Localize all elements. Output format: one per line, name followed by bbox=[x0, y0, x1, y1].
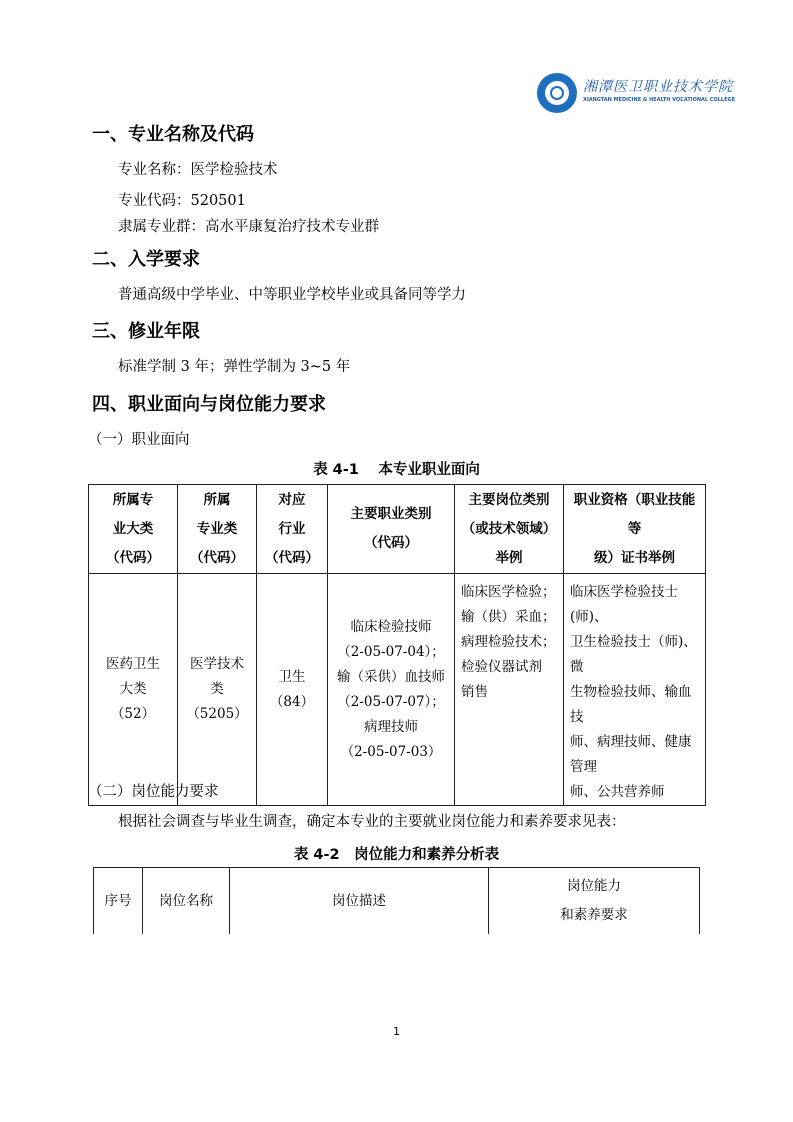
subsection-ability: （二）岗位能力要求 bbox=[88, 780, 219, 801]
header-cell: 序号 bbox=[94, 868, 143, 935]
header-cell: 所属专业大类（代码） bbox=[89, 485, 178, 574]
ability-intro: 根据社会调查与毕业生调查，确定本专业的主要就业岗位能力和素养要求见表： bbox=[118, 810, 626, 831]
college-logo: 湘潭医卫职业技术学院 XIANGTAN MEDICINE & HEALTH VO… bbox=[537, 70, 727, 120]
header-cell: 所属专业类（代码） bbox=[178, 485, 257, 574]
header-cell: 岗位描述 bbox=[230, 868, 489, 935]
ability-table: 序号 岗位名称 岗位描述 岗位能力和素养要求 bbox=[93, 867, 700, 934]
table-row: 医药卫生大类（52） 医学技术类（5205） 卫生（84） 临床检验技师（2-0… bbox=[89, 574, 706, 806]
logo-chinese-name: 湘潭医卫职业技术学院 bbox=[583, 76, 733, 96]
major-group: 隶属专业群：高水平康复治疗技术专业群 bbox=[118, 215, 379, 236]
subsection-career: （一）职业面向 bbox=[88, 428, 190, 449]
header-cell: 主要岗位类别（或技术领域）举例 bbox=[455, 485, 564, 574]
section-2-title: 二、入学要求 bbox=[92, 245, 200, 271]
table-cell: 医学技术类（5205） bbox=[178, 574, 257, 806]
section-4-title: 四、职业面向与岗位能力要求 bbox=[92, 390, 326, 416]
header-cell: 岗位能力和素养要求 bbox=[489, 868, 700, 935]
table-cell: 临床医学检验；输（供）采血；病理检验技术；检验仪器试剂销售 bbox=[455, 574, 564, 806]
admission-text: 普通高级中学毕业、中等职业学校毕业或具备同等学力 bbox=[118, 283, 466, 304]
table-cell: 临床医学检验技士(师)、卫生检验技士（师)、微生物检验技师、输血技师、病理技师、… bbox=[564, 574, 706, 806]
major-code: 专业代码：520501 bbox=[118, 189, 246, 210]
table1-caption: 表 4-1 本专业职业面向 bbox=[0, 458, 793, 479]
table-header-row: 所属专业大类（代码） 所属专业类（代码） 对应行业（代码） 主要职业类别（代码）… bbox=[89, 485, 706, 574]
career-table: 所属专业大类（代码） 所属专业类（代码） 对应行业（代码） 主要职业类别（代码）… bbox=[88, 484, 706, 806]
table-header-row: 序号 岗位名称 岗位描述 岗位能力和素养要求 bbox=[94, 868, 700, 935]
page-number: 1 bbox=[0, 1025, 793, 1038]
section-1-title: 一、专业名称及代码 bbox=[92, 120, 254, 146]
header-cell: 对应行业（代码） bbox=[257, 485, 328, 574]
table-cell: 卫生（84） bbox=[257, 574, 328, 806]
major-name: 专业名称：医学检验技术 bbox=[118, 158, 278, 179]
header-cell: 职业资格（职业技能等级）证书举例 bbox=[564, 485, 706, 574]
table-cell: 医药卫生大类（52） bbox=[89, 574, 178, 806]
duration-text: 标准学制 3 年；弹性学制为 3~5 年 bbox=[118, 355, 350, 376]
college-emblem-icon bbox=[537, 73, 577, 113]
section-3-title: 三、修业年限 bbox=[92, 317, 200, 343]
header-cell: 主要职业类别（代码） bbox=[328, 485, 455, 574]
logo-english-name: XIANGTAN MEDICINE & HEALTH VOCATIONAL CO… bbox=[583, 97, 735, 103]
table2-caption: 表 4-2 岗位能力和素养分析表 bbox=[0, 843, 793, 864]
header-cell: 岗位名称 bbox=[143, 868, 230, 935]
table-cell: 临床检验技师（2-05-07-04）；输（采供）血技师（2-05-07-07）；… bbox=[328, 574, 455, 806]
